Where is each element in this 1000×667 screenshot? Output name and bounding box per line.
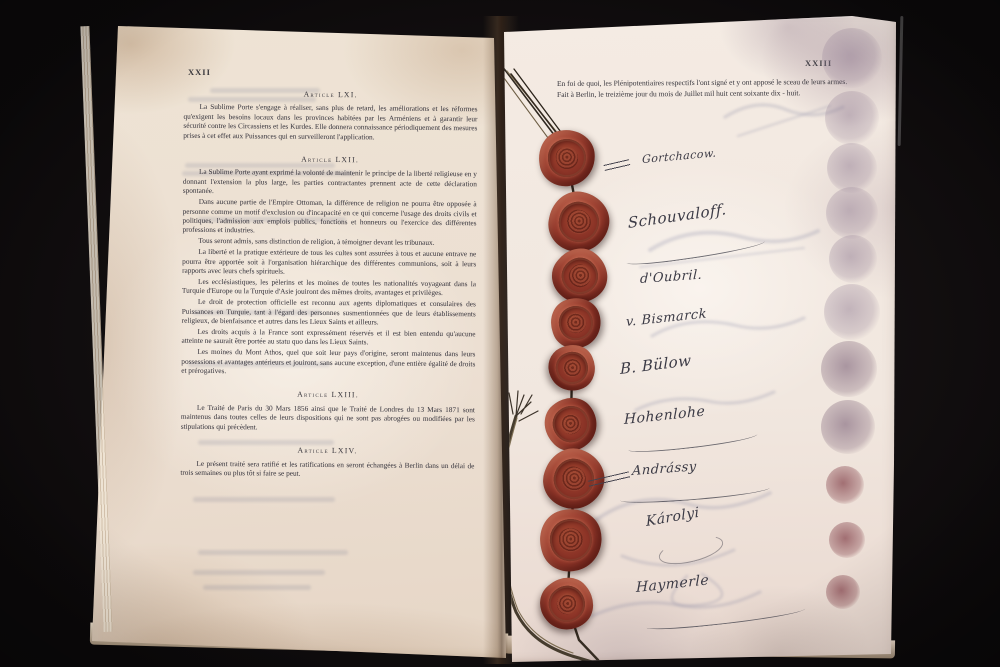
seal-bleedthrough-spot [824, 284, 880, 340]
article-paragraph: Les droits acquis à la France sont expre… [181, 327, 475, 348]
article-paragraph: Le Traité de Paris du 30 Mars 1856 ainsi… [181, 403, 475, 434]
wax-seal-9 [530, 567, 603, 640]
ghost-text-line [193, 497, 335, 502]
wax-seal-2 [543, 186, 614, 257]
article-paragraph: Les ecclésiastiques, les pèlerins et les… [182, 277, 476, 298]
closing-paragraph: En foi de quoi, les Plénipotentiaires re… [540, 77, 858, 90]
seal-bleedthrough-spot [829, 235, 877, 283]
article-paragraph: La Sublime Porte s'engage à réaliser, sa… [183, 102, 477, 142]
seal-bleedthrough-spot [821, 341, 877, 397]
wax-seal-5 [541, 337, 602, 398]
ghost-text-line [193, 570, 325, 575]
right-page: XXIII En foi de quoi, les Plénipotentiai… [500, 14, 900, 666]
signature-k-rolyi: Károlyi [645, 505, 700, 530]
article-paragraph: La Sublime Porte ayant exprimé la volont… [183, 167, 477, 198]
plastic-sleeve-glint [898, 16, 904, 146]
article-paragraph: La liberté et la pratique extérieure de … [182, 247, 476, 278]
seal-bleedthrough-spot [822, 28, 882, 88]
signature-flourish-underline [626, 240, 766, 267]
article-paragraph: Les moines du Mont Athos, quel que soit … [181, 347, 475, 378]
treaty-articles-text: Article LXI.La Sublime Porte s'engage à … [180, 89, 477, 480]
seal-bleedthrough-spot [829, 522, 865, 558]
photograph-of-treaty-book: XXII Article LXI.La Sublime Porte s'enga… [0, 0, 1000, 667]
signature-schouvaloff: Schouvaloff. [628, 200, 727, 232]
signature-b-b-low: B. Bülow [620, 351, 692, 378]
closing-paragraph: Fait à Berlin, le treizième jour du mois… [540, 87, 858, 100]
signature-gortchacow: Gortchacow. [642, 146, 717, 166]
signature-flourish-underline [620, 487, 770, 505]
left-page-number: XXII [188, 67, 211, 77]
treaty-closing-text: En foi de quoi, les Plénipotentiaires re… [540, 77, 858, 100]
ghost-text-line [203, 585, 311, 590]
wax-seal-8 [533, 502, 609, 578]
article-heading-article-lxiii: Article LXIII. [181, 389, 475, 401]
article-paragraph: Dans aucune partie de l'Empire Ottoman, … [182, 197, 476, 237]
signature-v-bismarck: v. Bismarck [626, 306, 707, 330]
signature-andr-ssy: Andrássy [632, 459, 697, 479]
signature-flourish-underline [628, 433, 758, 455]
article-heading-article-lxiv: Article LXIV. [181, 445, 475, 457]
signature-hohenlohe: Hohenlohe [624, 403, 705, 428]
seal-bleedthrough-spot [821, 400, 875, 454]
article-paragraph: Le présent traité sera ratifié et les ra… [180, 458, 474, 479]
signature-flourish-underline [646, 608, 806, 633]
seal-bleedthrough-spot [826, 575, 860, 609]
seal-bleedthrough-spot [825, 91, 879, 145]
seal-bleedthrough-spot [826, 187, 878, 239]
signature-d-oubril: d'Oubril. [640, 268, 703, 287]
signature-flourish-swirl [656, 530, 726, 569]
signature-flourish-dash [604, 159, 631, 172]
signature-haymerle: Haymerle [636, 572, 709, 596]
article-heading-article-lxi: Article LXI. [184, 89, 478, 101]
seal-bleedthrough-spot [826, 466, 864, 504]
wax-seal-1 [535, 126, 598, 189]
ghost-text-line [198, 550, 348, 555]
left-page: XXII Article LXI.La Sublime Porte s'enga… [88, 18, 513, 663]
article-heading-article-lxii: Article LXII. [183, 154, 477, 166]
article-paragraph: Tous seront admis, sans distinction de r… [182, 236, 476, 248]
article-paragraph: Le droit de protection officielle est re… [182, 297, 476, 328]
seal-bleedthrough-spot [827, 143, 877, 193]
